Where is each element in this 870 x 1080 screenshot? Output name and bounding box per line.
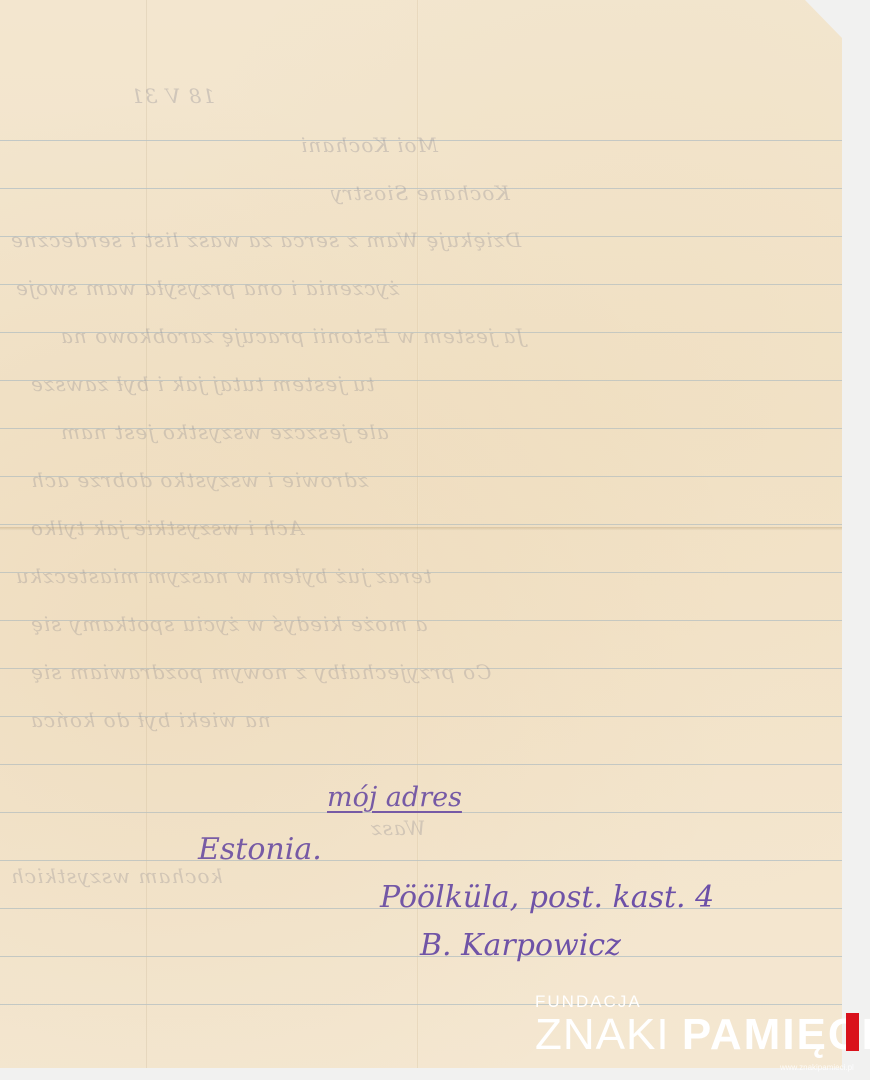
- bleed-through-line: Ach i wszystkie jak tylko: [30, 516, 303, 540]
- address-country: Estonia.: [198, 832, 322, 867]
- bleed-through-line: kocham wszystkich: [10, 864, 223, 888]
- bleed-through-line: Wasz: [370, 816, 426, 840]
- watermark-znaki: ZNAKI: [535, 1010, 670, 1059]
- bleed-through-line: Co przyjechałby z nowym pozdrawiam się: [30, 660, 491, 684]
- bleed-through-line: teraz już byłem w naszym miasteczku: [15, 564, 432, 588]
- bleed-through-line: Kochane Siostry: [330, 181, 510, 205]
- letter-page: 18 V 31Moi KochaniKochane SiostryDziękuj…: [0, 0, 842, 1068]
- address-street: Pöölküla, post. kast. 4: [380, 880, 714, 915]
- bleed-through-line: ale jeszcze wszystko jest nam: [60, 420, 389, 444]
- bleed-through-line: na wieki był do końca: [30, 708, 271, 732]
- watermark-url: www.znakipamieci.pl: [780, 1063, 854, 1072]
- bleed-through-line: Dziękuję Wam z serca za wasz list i serd…: [10, 228, 521, 252]
- address-heading: mój adres: [327, 782, 462, 813]
- watermark-pamieci: PAMIĘCI: [682, 1010, 870, 1059]
- bleed-through-line: Moi Kochani: [300, 133, 438, 157]
- ruled-line: [0, 764, 842, 765]
- bleed-through-line: Ja jestem w Estonii pracuję zarobkowo na: [60, 324, 524, 348]
- foundation-watermark: FUNDACJA ZNAKI PAMIĘCI: [535, 993, 870, 1059]
- bleed-through-line: 18 V 31: [130, 84, 215, 108]
- ruled-line: [0, 860, 842, 861]
- bleed-through-line: zdrowie i wszystko dobrze ach: [30, 468, 368, 492]
- bleed-through-line: tu jestem tutaj jak i był zawsze: [30, 372, 375, 396]
- bleed-through-line: życzenia i ona przysyła wam swoje: [15, 276, 399, 300]
- bleed-through-line: a może kiedyś w życiu spotkamy się: [30, 612, 428, 636]
- watermark-line1: FUNDACJA: [535, 993, 870, 1011]
- address-name: B. Karpowicz: [420, 928, 621, 963]
- watermark-red-bar-icon: [846, 1013, 859, 1051]
